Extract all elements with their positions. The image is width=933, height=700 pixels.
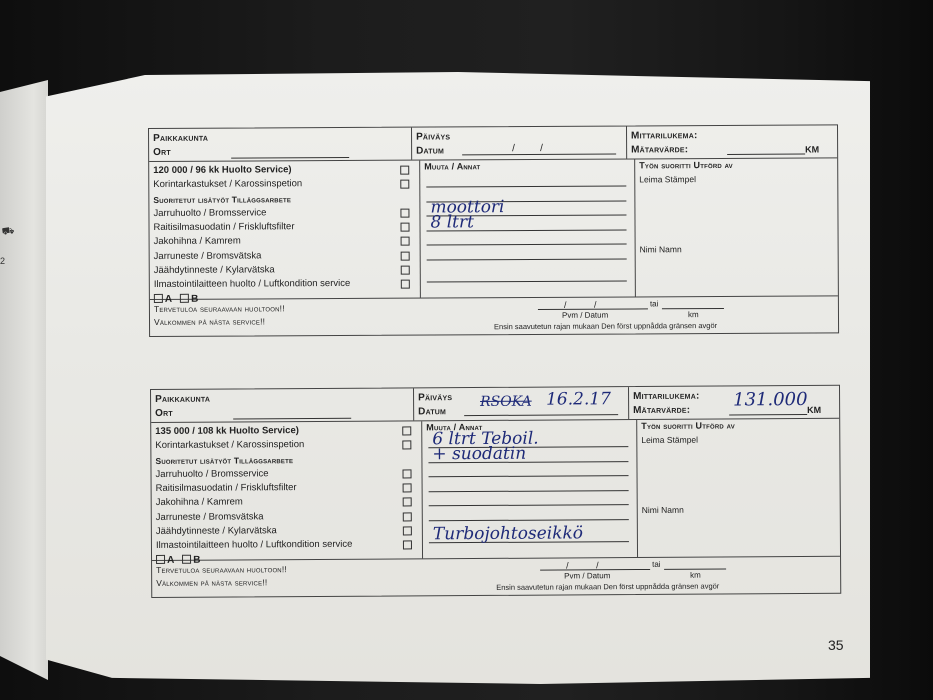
checkbox[interactable] [401, 223, 410, 232]
note-line[interactable] [427, 258, 627, 260]
checklist-item[interactable]: Raitisilmasuodatin / Friskluftsfilter [156, 481, 418, 497]
checklist-item[interactable]: Jäähdytinneste / Kylarvätska [154, 263, 416, 279]
checklist-item[interactable]: Jarruneste / Bromsvätska [154, 248, 416, 264]
date-separator: / [540, 143, 543, 154]
checklist-item-label: Jäähdytinneste / Kylarvätska [156, 525, 277, 537]
checkbox-b[interactable] [182, 554, 191, 563]
left-page-edge: ⛟ 2 [0, 80, 48, 680]
performed-by-label: Työn suoritti Utförd av [639, 160, 733, 170]
checklist-item[interactable]: Jarruneste / Bromsvätska [156, 509, 418, 525]
odometer-value-handwriting: 131.000 [733, 389, 808, 410]
note-line[interactable] [429, 475, 629, 477]
performed-by-section: Työn suoritti Utförd av Leima Stämpel Ni… [637, 419, 840, 557]
location-field[interactable] [231, 157, 349, 159]
location-label-fi: Paikkakunta [155, 394, 210, 405]
checklist-item-label: Jarruhuolto / Bromsservice [155, 468, 268, 480]
note-line[interactable] [426, 185, 626, 187]
date-label-sv: Datum [418, 406, 446, 417]
checkbox[interactable] [403, 512, 412, 521]
checklist-item-label: Suoritetut lisätyöt Tilläggsarbete [155, 455, 293, 466]
checklist-item: Suoritetut lisätyöt Tilläggsarbete [153, 191, 415, 207]
date-field[interactable] [464, 414, 618, 416]
next-date-label: Pvm / Datum [564, 571, 610, 580]
note-line[interactable] [429, 519, 629, 521]
left-page-text-fragment: 2 [0, 256, 5, 266]
service-interval-label: 135 000 / 108 kk Huolto Service) [155, 425, 299, 437]
checkbox[interactable] [401, 266, 410, 275]
other-notes-section: Muuta / Annat 6 ltrt Teboil.+ suodatinTu… [422, 420, 638, 558]
welcome-sv: Välkommen på nästa service!! [156, 575, 410, 590]
service-checklist: 120 000 / 96 kk Huolto Service) Korintar… [149, 161, 421, 299]
checkbox[interactable] [403, 498, 412, 507]
checklist-item-label: Raitisilmasuodatin / Friskluftsfilter [156, 482, 297, 494]
date-value-handwriting: 16.2.17 [546, 389, 611, 409]
odometer-field[interactable] [729, 414, 807, 415]
checkbox[interactable] [401, 280, 410, 289]
checklist-item: Suoritetut lisätyöt Tilläggsarbete [155, 452, 417, 468]
next-or: tai [652, 560, 661, 569]
checkbox[interactable] [400, 209, 409, 218]
service-interval-heading: 120 000 / 96 kk Huolto Service) [153, 163, 415, 179]
note-line[interactable] [429, 490, 629, 492]
checklist-item-label: Jakohihna / Kamrem [154, 236, 241, 247]
location-label-sv: Ort [155, 408, 173, 419]
checklist-item-label: Korintarkastukset / Karossinspetion [153, 178, 302, 190]
stamp-label: Leima Stämpel [641, 435, 698, 445]
checklist-item[interactable]: Raitisilmasuodatin / Friskluftsfilter [153, 220, 415, 236]
note-line[interactable] [429, 504, 629, 506]
location-field[interactable] [233, 418, 351, 420]
option-a-label: A [167, 555, 174, 566]
name-label: Nimi Namn [642, 505, 684, 515]
option-ab: A B [154, 291, 416, 307]
next-service-rule: Ensin saavutetun rajan mukaan Den först … [496, 582, 719, 592]
checklist-item[interactable]: Ilmastointilaitteen huolto / Luftkonditi… [154, 277, 416, 293]
checklist-item[interactable]: Jakohihna / Kamrem [156, 495, 418, 511]
checklist-item-label: Raitisilmasuodatin / Friskluftsfilter [153, 221, 294, 233]
service-record-form-1: Paikkakunta Ort Päiväys Datum / / Mittar… [148, 124, 839, 337]
checklist-item[interactable]: Jäähdytinneste / Kylarvätska [156, 523, 418, 539]
option-ab: A B [156, 552, 418, 568]
checklist-item[interactable]: Jakohihna / Kamrem [154, 234, 416, 250]
checkbox[interactable] [402, 441, 411, 450]
next-service-rule: Ensin saavutetun rajan mukaan Den först … [494, 321, 717, 331]
checkbox[interactable] [402, 469, 411, 478]
checklist-item[interactable]: Jarruhuolto / Bromsservice [155, 466, 417, 482]
checklist-item-label: Jäähdytinneste / Kylarvätska [154, 264, 275, 276]
odometer-field[interactable] [727, 154, 805, 155]
odometer-label-sv: Mätarvärde: [631, 144, 688, 155]
checkbox-a[interactable] [154, 294, 163, 303]
performed-by-label: Työn suoritti Utförd av [641, 420, 735, 431]
service-interval-label: 120 000 / 96 kk Huolto Service) [153, 164, 291, 176]
checkbox[interactable] [400, 166, 409, 175]
note-handwriting: 8 ltrt [430, 212, 474, 232]
next-km-label: km [688, 310, 699, 319]
checkbox[interactable] [402, 426, 411, 435]
next-service-section: / / tai Pvm / Datum km Ensin saavutetun … [412, 296, 838, 334]
option-b-label: B [191, 293, 198, 304]
date-label-sv: Datum [416, 145, 444, 156]
date-separator: / [512, 143, 515, 154]
next-or: tai [650, 299, 659, 308]
date-struck-handwriting: RSOKA [480, 394, 532, 410]
left-page-icon-fragment: ⛟ [1, 225, 15, 240]
odometer-label-fi: Mittarilukema: [631, 130, 697, 141]
checklist-item-label: Jarruneste / Bromsvätska [154, 250, 262, 262]
checklist-item-label: Suoritetut lisätyöt Tilläggsarbete [153, 194, 291, 205]
next-km-field[interactable] [662, 308, 724, 309]
performed-by-section: Työn suoritti Utförd av Leima Stämpel Ni… [635, 158, 838, 296]
checkbox-a[interactable] [156, 555, 165, 564]
odometer-label-fi: Mittarilukema: [633, 391, 700, 402]
next-date-label: Pvm / Datum [562, 311, 608, 320]
checklist-item[interactable]: Korintarkastukset / Karossinspetion [155, 438, 417, 454]
checkbox[interactable] [401, 237, 410, 246]
checkbox[interactable] [403, 526, 412, 535]
checkbox[interactable] [401, 251, 410, 260]
checklist-item[interactable]: Korintarkastukset / Karossinspetion [153, 177, 415, 193]
checkbox[interactable] [403, 541, 412, 550]
checklist-item-label: Jarruneste / Bromsvätska [156, 511, 264, 523]
checklist-item-label: Jarruhuolto / Bromsservice [153, 207, 266, 219]
checkbox-b[interactable] [180, 293, 189, 302]
next-km-label: km [690, 571, 701, 580]
next-km-field[interactable] [664, 568, 726, 569]
other-notes-section: Muuta / Annat moottori8 ltrt [420, 159, 636, 297]
note-handwriting: + suodatin [432, 443, 526, 464]
checklist-item[interactable]: Ilmastointilaitteen huolto / Luftkonditi… [156, 538, 418, 554]
odometer-unit: KM [805, 144, 819, 154]
checklist-item[interactable]: Jarruhuolto / Bromsservice [153, 205, 415, 221]
odometer-label-sv: Mätarvärde: [633, 405, 690, 416]
option-b-label: B [193, 554, 200, 565]
checklist-item-label: Ilmastointilaitteen huolto / Luftkonditi… [156, 539, 353, 551]
note-line[interactable] [427, 280, 627, 282]
service-record-form-2: Paikkakunta Ort Päiväys Datum RSOKA 16.2… [150, 385, 841, 598]
name-label: Nimi Namn [640, 244, 682, 254]
checklist-item-label: Korintarkastukset / Karossinspetion [155, 439, 304, 451]
stamp-label: Leima Stämpel [639, 174, 696, 184]
service-checklist: 135 000 / 108 kk Huolto Service) Korinta… [151, 421, 423, 560]
date-label-fi: Päiväys [418, 392, 452, 403]
option-a-label: A [165, 294, 172, 305]
checkbox[interactable] [400, 180, 409, 189]
date-label-fi: Päiväys [416, 131, 450, 142]
location-label-sv: Ort [153, 147, 171, 158]
service-interval-heading: 135 000 / 108 kk Huolto Service) [155, 423, 417, 439]
checklist-item-label: Ilmastointilaitteen huolto / Luftkonditi… [154, 278, 351, 290]
location-label-fi: Paikkakunta [153, 133, 208, 144]
note-handwriting: Turbojohtoseikkö [433, 523, 583, 544]
other-label: Muuta / Annat [424, 161, 480, 171]
checkbox[interactable] [403, 484, 412, 493]
checklist-item-label: Jakohihna / Kamrem [156, 497, 243, 509]
note-line[interactable] [427, 243, 627, 245]
odometer-unit: KM [807, 405, 821, 415]
next-service-section: / / tai Pvm / Datum km Ensin saavutetun … [414, 557, 840, 596]
welcome-sv: Välkommen på nästa service!! [154, 315, 408, 329]
page-number: 35 [828, 637, 844, 653]
